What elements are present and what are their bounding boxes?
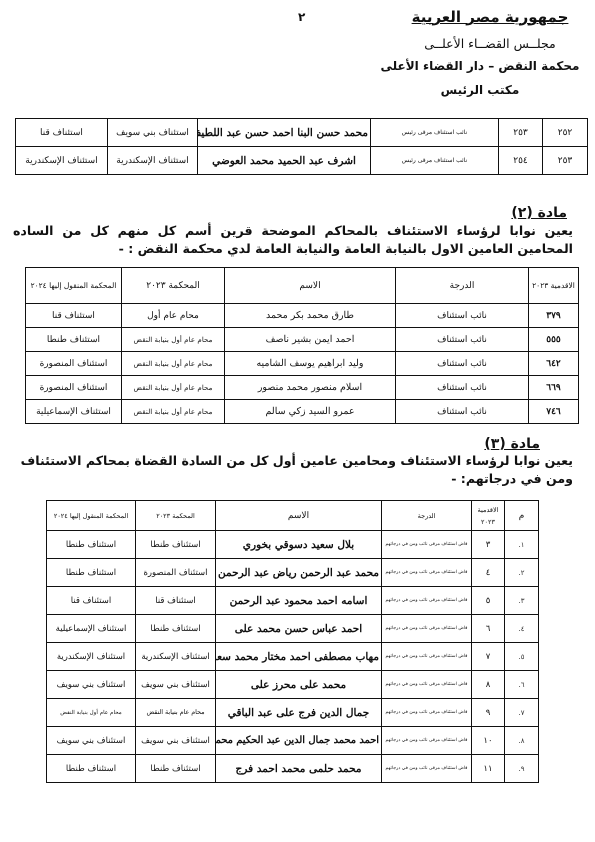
row-index: ٣. [505, 587, 539, 615]
court-2023-cell: استئناف طنطا [136, 755, 216, 783]
grade-cell: قاض استئناف مرقى نائب ومن في درجاتهم [382, 531, 472, 559]
court-2024-cell: استئناف قنا [16, 119, 108, 147]
court-2024-cell: استئناف قنا [47, 587, 136, 615]
grade-cell: قاض استئناف مرقى نائب ومن في درجاتهم [382, 671, 472, 699]
name-cell: محمد على محرز على [216, 671, 382, 699]
seniority-cell: ٣ [472, 531, 505, 559]
table-row: ٣٧٩ نائب استئناف طارق محمد بكر محمد محام… [26, 304, 579, 328]
header-seniority: الاقدمية ٢٠٢٣ [472, 501, 505, 531]
court-2023-cell: محام عام بنيابة النقض [136, 699, 216, 727]
page-number: ٢ [298, 10, 305, 24]
name-cell: احمد ايمن بشير ناصف [225, 328, 396, 352]
seniority-cell: ٣٧٩ [529, 304, 579, 328]
grade-cell: نائب استئناف [396, 328, 529, 352]
article-3-table: م الاقدمية ٢٠٢٣ الدرجة الاسم المحكمة ٢٠٢… [46, 500, 539, 783]
court-2024-cell: استئناف بني سويف [47, 671, 136, 699]
table-header-row: م الاقدمية ٢٠٢٣ الدرجة الاسم المحكمة ٢٠٢… [47, 501, 539, 531]
seniority-cell: ٨ [472, 671, 505, 699]
grade-cell: نائب استئناف [396, 376, 529, 400]
seniority-cell: ٦ [472, 615, 505, 643]
court-2024-cell: استئناف الإسماعيلية [47, 615, 136, 643]
table-row: ٧٤٦ نائب استئناف عمرو السيد زكي سالم محا… [26, 400, 579, 424]
court-2023-cell: استئناف بني سويف [108, 119, 198, 147]
name-cell: اشرف عبد الحميد محمد العوضي [198, 147, 371, 175]
court-2024-cell: استئناف الإسماعيلية [26, 400, 122, 424]
seniority-cell: ٢٥٣ [499, 119, 543, 147]
table-row: ٩. ١١ قاض استئناف مرقى نائب ومن في درجات… [47, 755, 539, 783]
grade-cell: قاض استئناف مرقى نائب ومن في درجاتهم [382, 727, 472, 755]
name-cell: بلال سعيد دسوقي بخوري [216, 531, 382, 559]
table-row: ٥. ٧ قاض استئناف مرقى نائب ومن في درجاته… [47, 643, 539, 671]
header-grade: الدرجة [396, 268, 529, 304]
table-row: ٥٥٥ نائب استئناف احمد ايمن بشير ناصف محا… [26, 328, 579, 352]
article-2-title: مادة (٢) [511, 205, 567, 221]
table-row: ٦٤٢ نائب استئناف وليد ابراهيم يوسف الشام… [26, 352, 579, 376]
header-court-2023: المحكمة ٢٠٢٣ [136, 501, 216, 531]
table-row: ١. ٣ قاض استئناف مرقى نائب ومن في درجاته… [47, 531, 539, 559]
name-cell: محمد حسن البنا احمد حسن عبد اللطيف [198, 119, 371, 147]
court-2024-cell: استئناف بني سويف [47, 727, 136, 755]
court-2024-cell: استئناف الإسكندرية [16, 147, 108, 175]
grade-cell: نائب استئناف [396, 352, 529, 376]
header-court-2023: المحكمة ٢٠٢٣ [122, 268, 225, 304]
header-court-2024: المحكمة المنقول إليها ٢٠٢٤ [26, 268, 122, 304]
grade-cell: قاض استئناف مرقى نائب ومن في درجاتهم [382, 587, 472, 615]
seniority-cell: ٧٤٦ [529, 400, 579, 424]
grade-cell: قاض استئناف مرقى نائب ومن في درجاتهم [382, 559, 472, 587]
grade-cell: نائب استئناف مرقى رئيس [371, 119, 499, 147]
name-cell: مهاب مصطفى احمد مختار محمد سعودى [216, 643, 382, 671]
grade-cell: قاض استئناف مرقى نائب ومن في درجاتهم [382, 615, 472, 643]
court-2023-cell: استئناف طنطا [136, 531, 216, 559]
court-2024-cell: استئناف الإسكندرية [47, 643, 136, 671]
row-index: ١. [505, 531, 539, 559]
court-2023-cell: استئناف المنصورة [136, 559, 216, 587]
court-2023-cell: استئناف الإسكندرية [136, 643, 216, 671]
article-3-title: مادة (٣) [484, 436, 540, 452]
row-index: ٦. [505, 671, 539, 699]
grade-cell: قاض استئناف مرقى نائب ومن في درجاتهم [382, 755, 472, 783]
table-row: ٣. ٥ قاض استئناف مرقى نائب ومن في درجاته… [47, 587, 539, 615]
seniority-cell: ٤ [472, 559, 505, 587]
name-cell: عمرو السيد زكي سالم [225, 400, 396, 424]
table-row: ٢٥٢ ٢٥٣ نائب استئناف مرقى رئيس محمد حسن … [16, 119, 588, 147]
grade-cell: نائب استئناف [396, 304, 529, 328]
row-index: ٩. [505, 755, 539, 783]
table-row: ٦٦٩ نائب استئناف اسلام منصور محمد منصور … [26, 376, 579, 400]
name-cell: احمد محمد جمال الدين عبد الحكيم محمد [216, 727, 382, 755]
name-cell: وليد ابراهيم يوسف الشاميه [225, 352, 396, 376]
name-cell: اسلام منصور محمد منصور [225, 376, 396, 400]
table-row: ٧. ٩ قاض استئناف مرقى نائب ومن في درجاته… [47, 699, 539, 727]
seniority-cell: ٩ [472, 699, 505, 727]
court-2023-cell: استئناف الإسكندرية [108, 147, 198, 175]
grade-cell: قاض استئناف مرقى نائب ومن في درجاتهم [382, 699, 472, 727]
seniority-cell: ٦٤٢ [529, 352, 579, 376]
header-name: الاسم [216, 501, 382, 531]
court-2023-cell: استئناف طنطا [136, 615, 216, 643]
letterhead-office: مكتب الرئيس [420, 83, 540, 97]
article-2-body: يعين نوابا لرؤساء الاستئناف بالمحاكم الم… [13, 222, 573, 258]
header-seniority: الاقدمية ٢٠٢٣ [529, 268, 579, 304]
table-row: ٤. ٦ قاض استئناف مرقى نائب ومن في درجاته… [47, 615, 539, 643]
table-row: ٦. ٨ قاض استئناف مرقى نائب ومن في درجاته… [47, 671, 539, 699]
court-2024-cell: استئناف قنا [26, 304, 122, 328]
seniority-cell: ٦٦٩ [529, 376, 579, 400]
name-cell: محمد حلمى محمد احمد فرج [216, 755, 382, 783]
header-court-2024: المحكمة المنقول إليها ٢٠٢٤ [47, 501, 136, 531]
court-2024-cell: محام عام أول بنيابة النقض [47, 699, 136, 727]
continued-appointments-table: ٢٥٢ ٢٥٣ نائب استئناف مرقى رئيس محمد حسن … [15, 118, 588, 175]
row-index: ٤. [505, 615, 539, 643]
table-row: ٢٥٣ ٢٥٤ نائب استئناف مرقى رئيس اشرف عبد … [16, 147, 588, 175]
seniority-cell: ١٠ [472, 727, 505, 755]
court-2023-cell: محام عام أول بنيابة النقض [122, 376, 225, 400]
court-2024-cell: استئناف طنطا [47, 531, 136, 559]
court-2023-cell: محام عام أول [122, 304, 225, 328]
row-index: ٧. [505, 699, 539, 727]
court-2023-cell: محام عام أول بنيابة النقض [122, 400, 225, 424]
court-2024-cell: استئناف المنصورة [26, 376, 122, 400]
seniority-cell: ٥ [472, 587, 505, 615]
name-cell: احمد عباس حسن محمد على [216, 615, 382, 643]
header-index: م [505, 501, 539, 531]
seniority-cell: ١١ [472, 755, 505, 783]
seniority-cell: ٧ [472, 643, 505, 671]
grade-cell: قاض استئناف مرقى نائب ومن في درجاتهم [382, 643, 472, 671]
court-2024-cell: استئناف طنطا [26, 328, 122, 352]
name-cell: محمد عبد الرحمن رياض عبد الرحمن [216, 559, 382, 587]
table-row: ٨. ١٠ قاض استئناف مرقى نائب ومن في درجات… [47, 727, 539, 755]
court-2023-cell: استئناف قنا [136, 587, 216, 615]
grade-cell: نائب استئناف مرقى رئيس [371, 147, 499, 175]
row-index: ٥. [505, 643, 539, 671]
court-2023-cell: استئناف بني سويف [136, 671, 216, 699]
letterhead-court: محكمة النقض – دار القضاء الأعلى [380, 59, 580, 73]
name-cell: جمال الدين فرج على عبد الباقي [216, 699, 382, 727]
court-2023-cell: استئناف بني سويف [136, 727, 216, 755]
court-2024-cell: استئناف المنصورة [26, 352, 122, 376]
row-index: ٢٥٣ [543, 147, 588, 175]
header-grade: الدرجة [382, 501, 472, 531]
court-2023-cell: محام عام أول بنيابة النقض [122, 352, 225, 376]
name-cell: اسامه احمد محمود عبد الرحمن [216, 587, 382, 615]
grade-cell: نائب استئناف [396, 400, 529, 424]
name-cell: طارق محمد بكر محمد [225, 304, 396, 328]
court-2023-cell: محام عام أول بنيابة النقض [122, 328, 225, 352]
row-index: ٢. [505, 559, 539, 587]
letterhead-country: جمهورية مصر العربية [410, 8, 570, 26]
table-header-row: الاقدمية ٢٠٢٣ الدرجة الاسم المحكمة ٢٠٢٣ … [26, 268, 579, 304]
court-2024-cell: استئناف طنطا [47, 559, 136, 587]
court-2024-cell: استئناف طنطا [47, 755, 136, 783]
header-name: الاسم [225, 268, 396, 304]
article-3-body: يعين نوابا لرؤساء الاستئناف ومحامين عامي… [13, 452, 573, 488]
row-index: ٢٥٢ [543, 119, 588, 147]
article-2-table: الاقدمية ٢٠٢٣ الدرجة الاسم المحكمة ٢٠٢٣ … [25, 267, 579, 424]
seniority-cell: ٥٥٥ [529, 328, 579, 352]
letterhead-council: مجلــس القضــاء الأعلــى [410, 36, 570, 51]
table-row: ٢. ٤ قاض استئناف مرقى نائب ومن في درجاته… [47, 559, 539, 587]
seniority-cell: ٢٥٤ [499, 147, 543, 175]
row-index: ٨. [505, 727, 539, 755]
